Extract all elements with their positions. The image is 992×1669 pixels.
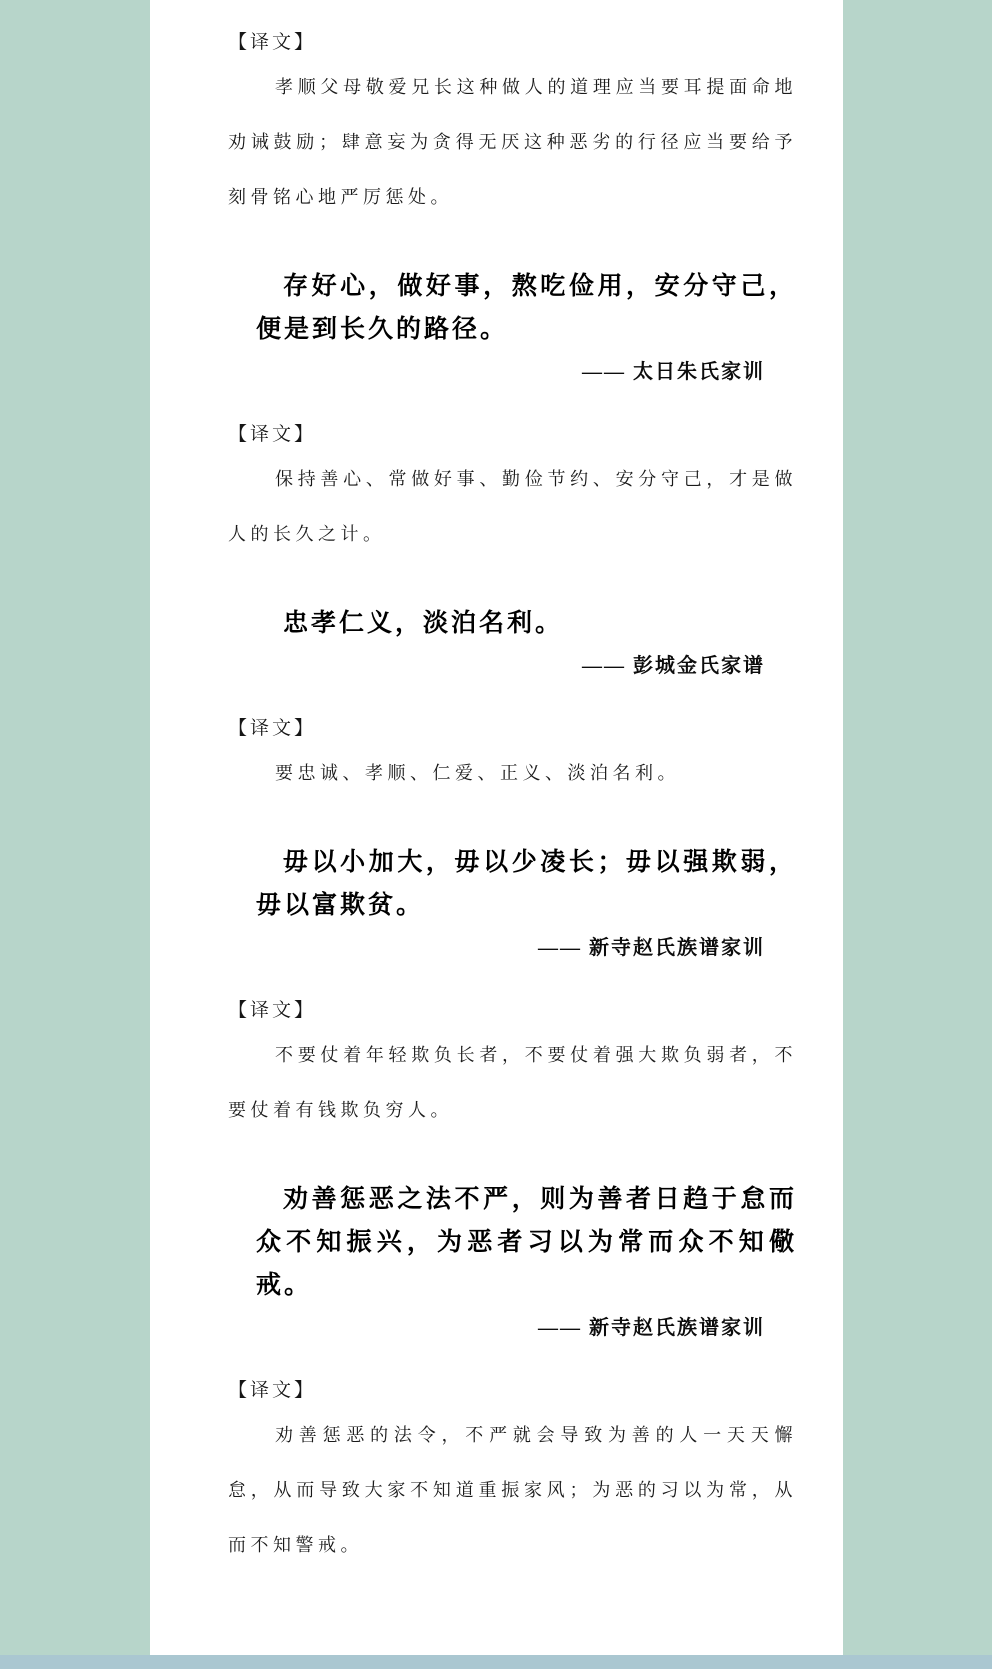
quote-source: —— 新寺赵氏族谱家训 [256,1315,797,1342]
quote-text: 存好心，做好事，熬吃俭用，安分守己，便是到长久的路径。 [256,265,797,351]
translation-text: 孝顺父母敬爱兄长这种做人的道理应当要耳提面命地劝诫鼓励；肆意妄为贪得无厌这种恶劣… [228,60,797,225]
quote-block: 劝善惩恶之法不严，则为善者日趋于怠而众不知振兴，为恶者习以为常而众不知儆戒。 —… [256,1178,797,1342]
page-background: 【译文】 孝顺父母敬爱兄长这种做人的道理应当要耳提面命地劝诫鼓励；肆意妄为贪得无… [0,0,992,1669]
quote-source: —— 太日朱氏家训 [256,359,797,386]
footer-strip [0,1655,992,1669]
quote-source: —— 新寺赵氏族谱家训 [256,935,797,962]
translation-label: 【译文】 [228,716,797,742]
translation-text: 保持善心、常做好事、勤俭节约、安分守己，才是做人的长久之计。 [228,452,797,562]
translation-label: 【译文】 [228,30,797,56]
translation-text: 要忠诚、孝顺、仁爱、正义、淡泊名利。 [228,746,797,801]
translation-text: 不要仗着年轻欺负长者，不要仗着强大欺负弱者，不要仗着有钱欺负穷人。 [228,1028,797,1138]
translation-text: 劝善惩恶的法令，不严就会导致为善的人一天天懈怠，从而导致大家不知道重振家风；为恶… [228,1408,797,1573]
translation-label: 【译文】 [228,1378,797,1404]
quote-text: 毋以小加大，毋以少凌长；毋以强欺弱，毋以富欺贫。 [256,841,797,927]
document-sheet: 【译文】 孝顺父母敬爱兄长这种做人的道理应当要耳提面命地劝诫鼓励；肆意妄为贪得无… [150,0,843,1655]
quote-block: 毋以小加大，毋以少凌长；毋以强欺弱，毋以富欺贫。 —— 新寺赵氏族谱家训 [256,841,797,962]
document-content: 【译文】 孝顺父母敬爱兄长这种做人的道理应当要耳提面命地劝诫鼓励；肆意妄为贪得无… [150,0,843,1573]
translation-label: 【译文】 [228,998,797,1024]
quote-text: 忠孝仁义，淡泊名利。 [256,602,797,645]
quote-block: 存好心，做好事，熬吃俭用，安分守己，便是到长久的路径。 —— 太日朱氏家训 [256,265,797,386]
quote-text: 劝善惩恶之法不严，则为善者日趋于怠而众不知振兴，为恶者习以为常而众不知儆戒。 [256,1178,797,1307]
quote-source: —— 彭城金氏家谱 [256,653,797,680]
quote-block: 忠孝仁义，淡泊名利。 —— 彭城金氏家谱 [256,602,797,680]
translation-label: 【译文】 [228,422,797,448]
